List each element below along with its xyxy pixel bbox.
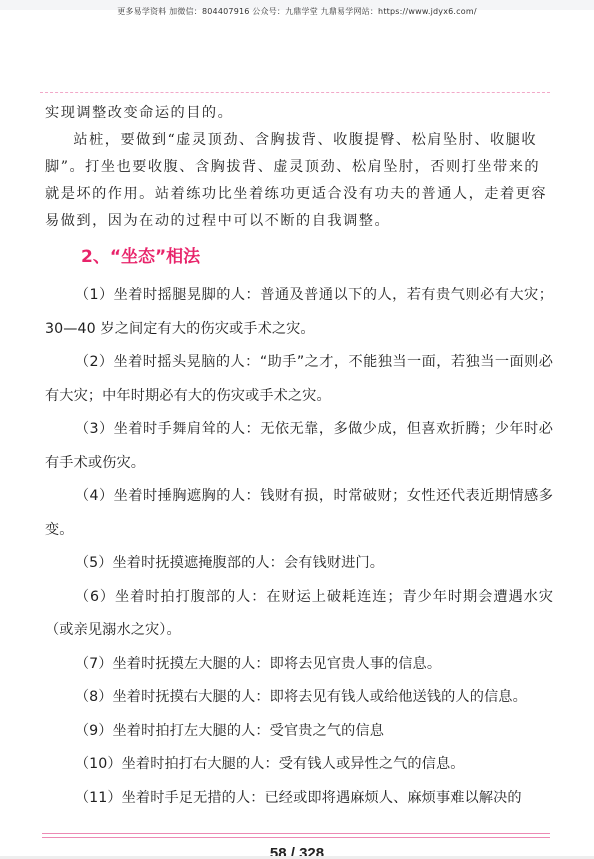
list-item: （8）坐着时抚摸右大腿的人：即将去见有钱人或给他送钱的人的信息。 xyxy=(45,681,553,715)
section-heading: 2、“坐态”相法 xyxy=(45,235,553,279)
list-item: （7）坐着时抚摸左大腿的人：即将去见官贵人事的信息。 xyxy=(45,648,553,682)
list-item: （4）坐着时捶胸遮胸的人：钱财有损，时常破财；女性还代表近期情感多变。 xyxy=(45,480,553,547)
section-items: （1）坐着时摇腿晃脚的人：普通及普通以下的人，若有贵气则必有大灾；30—40 岁… xyxy=(45,279,553,815)
list-item: （6）坐着时拍打腹部的人：在财运上破耗连连；青少年时期会遭遇水灾（或亲见溺水之灾… xyxy=(45,581,553,648)
intro-block: 实现调整改变命运的目的。 站桩，要做到“虚灵顶劲、含胸拔背、收腹提臀、松肩坠肘、… xyxy=(45,100,553,235)
page-content: 实现调整改变命运的目的。 站桩，要做到“虚灵顶劲、含胸拔背、收腹提臀、松肩坠肘、… xyxy=(45,100,553,815)
footer-rule-bottom xyxy=(42,837,550,838)
header-divider xyxy=(40,92,550,93)
list-item: （2）坐着时摇头晃脑的人：“助手”之才，不能独当一面，若独当一面则必有大灾；中年… xyxy=(45,346,553,413)
list-item: （9）坐着时拍打左大腿的人：受官贵之气的信息 xyxy=(45,715,553,749)
header-banner: 更多易学资料 加微信：804407916 公众号：九鼎学堂 九鼎易学网站：htt… xyxy=(0,6,594,18)
footer-rule-top xyxy=(42,833,550,834)
intro-paragraph: 站桩，要做到“虚灵顶劲、含胸拔背、收腹提臀、松肩坠肘、收腿收脚”。打坐也要收腹、… xyxy=(45,127,553,235)
list-item: （10）坐着时拍打右大腿的人：受有钱人或异性之气的信息。 xyxy=(45,748,553,782)
list-item: （1）坐着时摇腿晃脚的人：普通及普通以下的人，若有贵气则必有大灾；30—40 岁… xyxy=(45,279,553,346)
list-item: （3）坐着时手舞肩耸的人：无依无靠，多做少成，但喜欢折腾；少年时必有手术或伤灾。 xyxy=(45,413,553,480)
list-item: （5）坐着时抚摸遮掩腹部的人：会有钱财进门。 xyxy=(45,547,553,581)
list-item: （11）坐着时手足无措的人：已经或即将遇麻烦人、麻烦事难以解决的 xyxy=(45,782,553,816)
intro-paragraph: 实现调整改变命运的目的。 xyxy=(45,100,553,127)
footer-divider xyxy=(42,833,550,839)
